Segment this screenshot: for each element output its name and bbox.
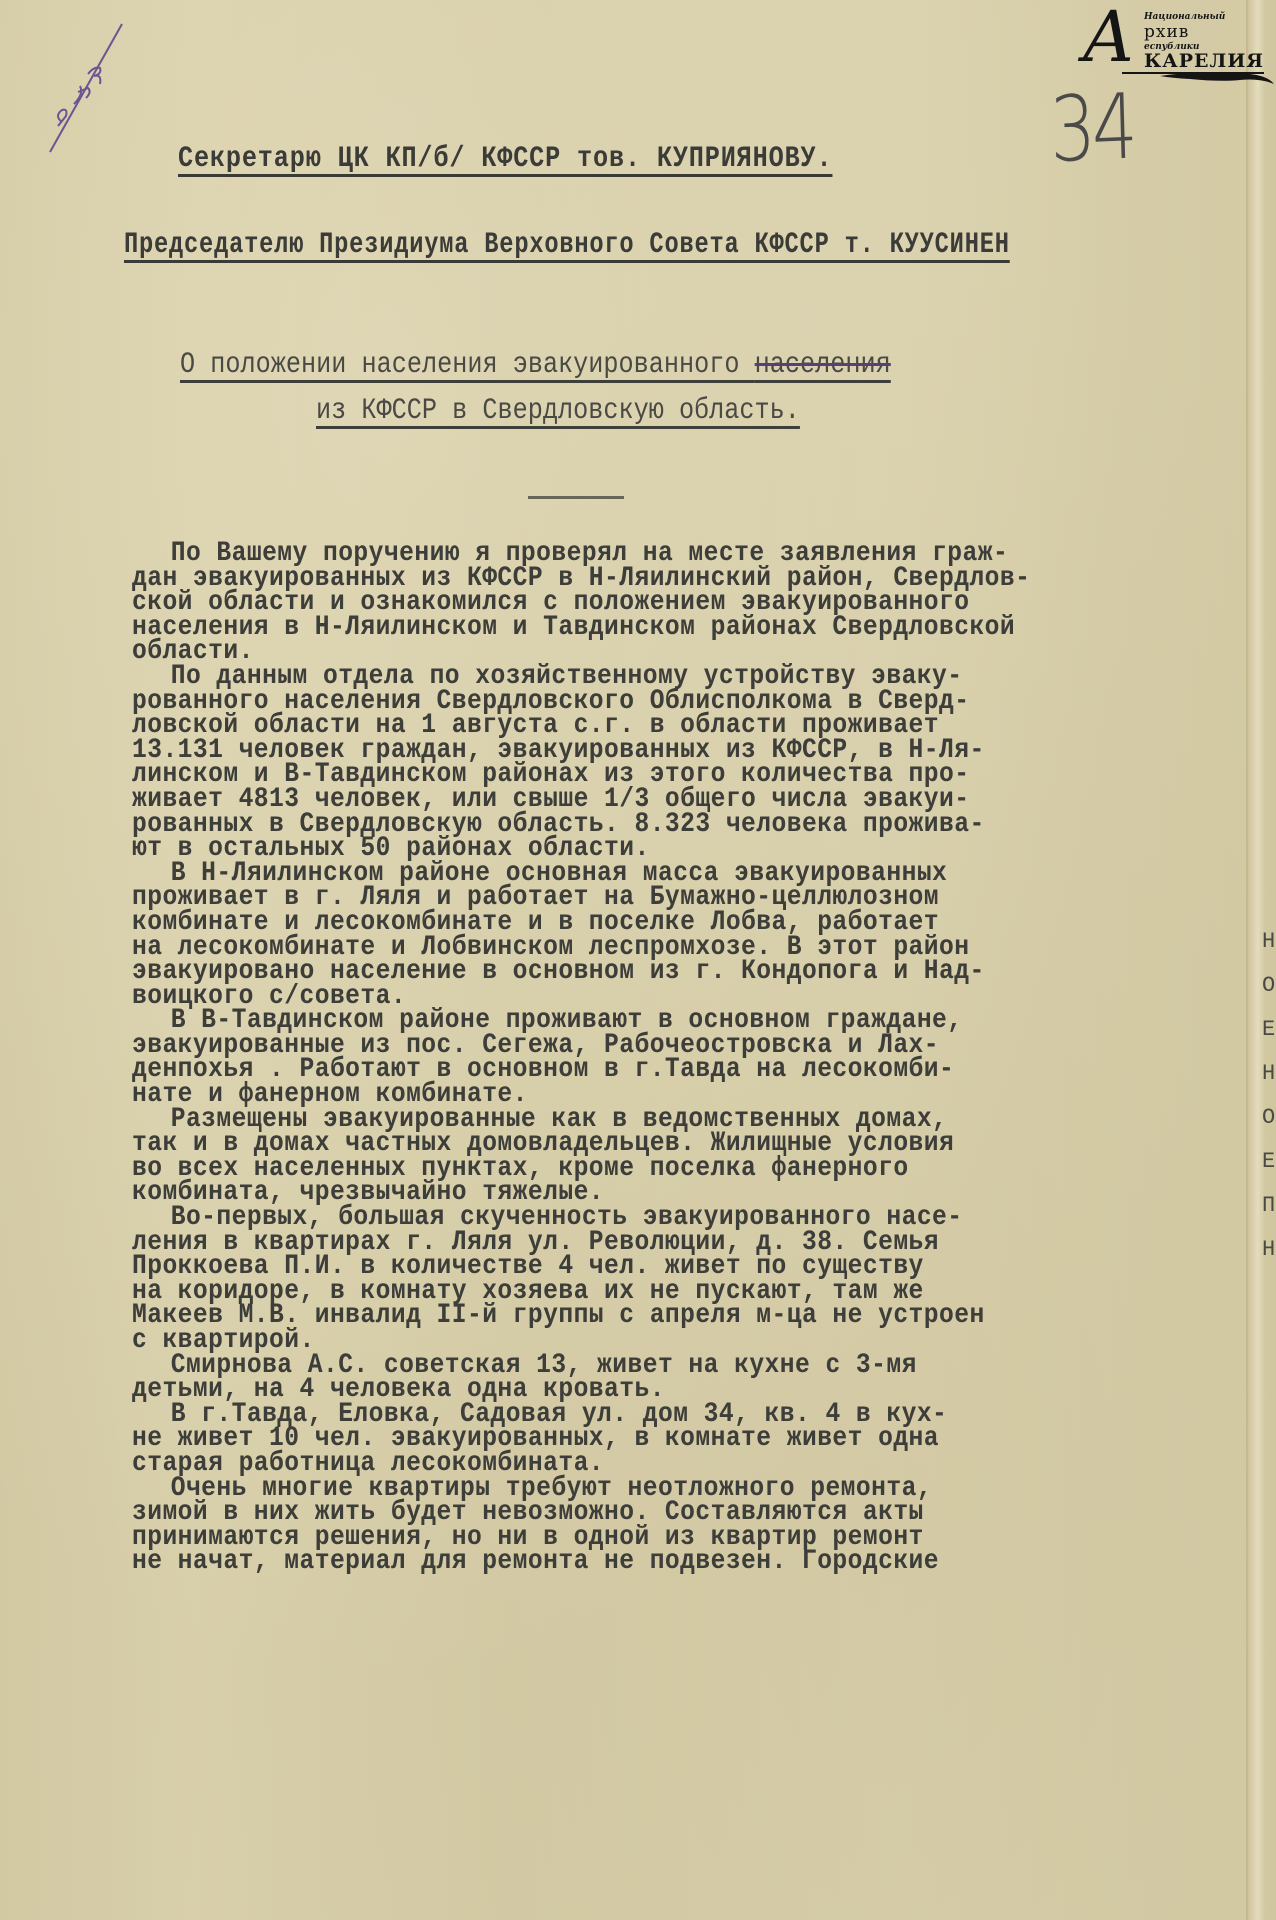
document-title-line-1: О положении населения эвакуированного на…	[180, 348, 891, 382]
logo-line-2: рхив	[1144, 22, 1189, 42]
logo-initial: А	[1082, 2, 1135, 72]
body-line: населения в Н-Ляилинском и Тавдинском ра…	[132, 616, 1118, 641]
document-title-line-2: из КФССР в Свердловскую область.	[316, 394, 800, 428]
body-line: не начат, материал для ремонта не подвез…	[132, 1550, 1118, 1575]
separator-rule	[528, 496, 624, 499]
page-number: 34	[1049, 74, 1136, 183]
adjacent-page-text: Н О Е Н О Е П Н	[1262, 920, 1276, 1272]
struck-word: населения	[755, 348, 891, 382]
title-text: О положении населения эвакуированного	[180, 348, 755, 382]
feather-icon	[1160, 72, 1274, 86]
addressee-1: Секретарю ЦК КП/б/ КФССР тов. КУПРИЯНОВУ…	[178, 142, 832, 176]
addressee-2: Председателю Президиума Верховного Совет…	[124, 228, 1010, 262]
logo-line-1: Национальный	[1144, 12, 1225, 22]
pencil-annotation	[44, 22, 124, 162]
document-body: По Вашему поручению я проверял на месте …	[132, 542, 1252, 1575]
logo-line-4: КАРЕЛИЯ	[1144, 50, 1264, 72]
